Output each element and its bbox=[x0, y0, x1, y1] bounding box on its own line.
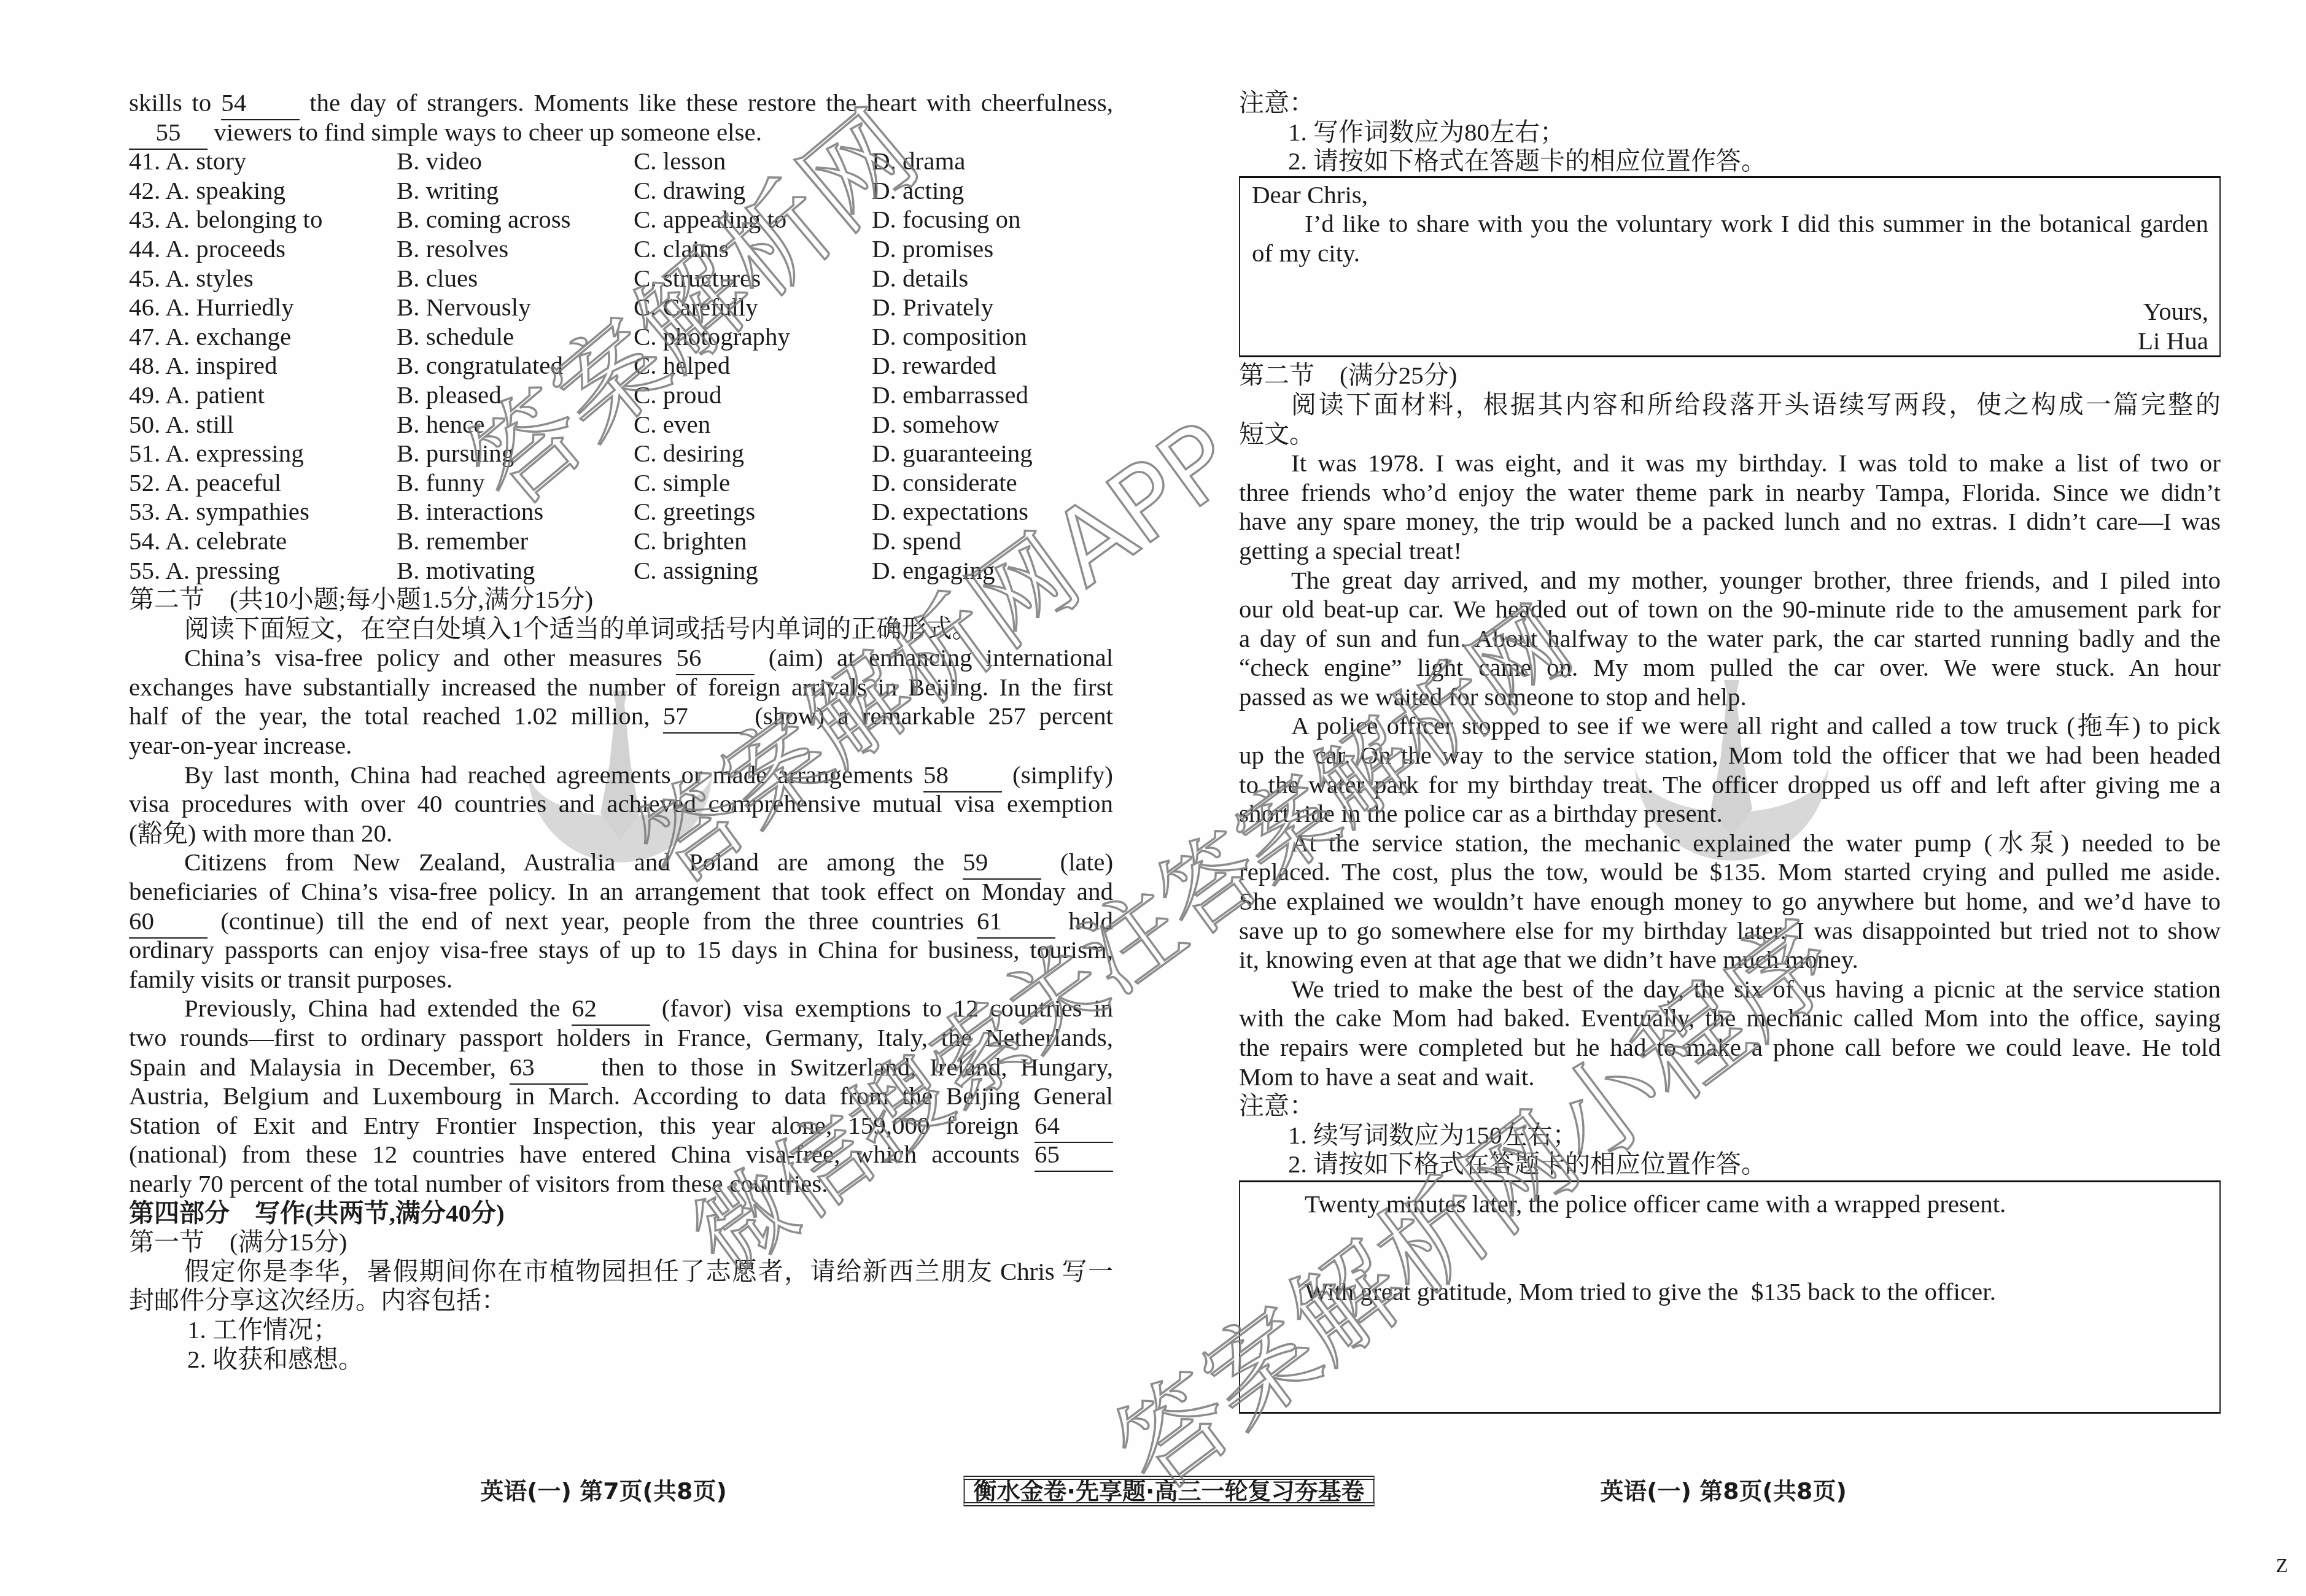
question-number: 43. bbox=[129, 205, 160, 233]
text-line: 55 viewers to find simple ways to cheer … bbox=[129, 118, 1113, 147]
option-c: C. even bbox=[634, 410, 710, 440]
question-number: 51. bbox=[129, 439, 160, 467]
option-c: C. Carefully bbox=[634, 293, 758, 322]
option-b: B. video bbox=[397, 147, 482, 176]
story-line: with the cake Mom had baked. Eventually,… bbox=[1239, 1004, 2221, 1033]
story-line: three friends who’d enjoy the water them… bbox=[1239, 478, 2221, 508]
question-number: 44. bbox=[129, 234, 160, 263]
page-number-right: 英语(一) 第8页(共8页) bbox=[1600, 1476, 1847, 1506]
option-d: D. composition bbox=[872, 322, 1027, 352]
option-a: 42. A. speaking bbox=[129, 176, 285, 206]
answer-blank: 54 bbox=[221, 90, 300, 120]
text-line: year-on-year increase. bbox=[129, 731, 1113, 761]
story-line: it, knowing even at that age that we did… bbox=[1239, 945, 2221, 975]
story-line: up the car. On the way to the service st… bbox=[1239, 741, 2221, 770]
cloze-option-row: 50. A. stillB. henceC. evenD. somehow bbox=[129, 410, 1113, 440]
answer-blank: 63 bbox=[510, 1055, 588, 1085]
story-line: The great day arrived, and my mother, yo… bbox=[1239, 566, 2221, 595]
answer-blank: 57 bbox=[663, 703, 742, 734]
option-d: D. embarrassed bbox=[872, 381, 1028, 410]
text-line: Station of Exit and Entry Frontier Inspe… bbox=[129, 1111, 1113, 1141]
text-line: family visits or transit purposes. bbox=[129, 965, 1113, 994]
option-a: 55. A. pressing bbox=[129, 556, 280, 586]
option-a: 52. A. peaceful bbox=[129, 468, 281, 498]
text-segment: the day of strangers. Moments like these… bbox=[309, 88, 1113, 117]
text-line: beneficiaries of China’s visa-free polic… bbox=[129, 877, 1113, 907]
option-b: B. pursuing bbox=[397, 439, 514, 468]
option-text: A. expressing bbox=[165, 439, 303, 467]
answer-blank: 55 bbox=[129, 120, 208, 150]
story-line: short ride in the police car as a birthd… bbox=[1239, 799, 2221, 829]
option-d: D. guaranteeing bbox=[872, 439, 1033, 468]
text-segment: Station of Exit and Entry Frontier Inspe… bbox=[129, 1111, 1019, 1139]
text-line: Spain and Malaysia in December, 63 then … bbox=[129, 1053, 1113, 1082]
question-number: 52. bbox=[129, 468, 160, 497]
option-a: 43. A. belonging to bbox=[129, 205, 322, 234]
option-d: D. spend bbox=[872, 527, 961, 556]
option-d: D. Privately bbox=[872, 293, 993, 322]
text-line: (national) from these 12 countries have … bbox=[129, 1140, 1113, 1169]
option-b: B. coming across bbox=[397, 205, 571, 234]
blank-line bbox=[1252, 268, 2208, 298]
option-text: A. patient bbox=[165, 381, 265, 409]
option-a: 48. A. inspired bbox=[129, 351, 277, 381]
text-line: By last month, China had reached agreeme… bbox=[129, 761, 1113, 790]
text-line: ordinary passports can enjoy visa-free s… bbox=[129, 936, 1113, 965]
cloze-option-row: 52. A. peacefulB. funnyC. simpleD. consi… bbox=[129, 468, 1113, 498]
question-number: 50. bbox=[129, 410, 160, 438]
answer-blank: 61 bbox=[977, 908, 1055, 939]
text-line: 60 (continue) till the end of next year,… bbox=[129, 907, 1113, 936]
story-line: She explained we wouldn’t have enough mo… bbox=[1239, 887, 2221, 916]
option-d: D. drama bbox=[872, 147, 966, 176]
note-item: 1. 写作词数应为80左右； bbox=[1239, 118, 2221, 147]
answer-blank: 59 bbox=[963, 850, 1041, 880]
story-line: It was 1978. I was eight, and it was my … bbox=[1239, 449, 2221, 478]
text-line: Previously, China had extended the 62 (f… bbox=[129, 994, 1113, 1023]
option-c: C. drawing bbox=[634, 176, 745, 206]
option-b: B. schedule bbox=[397, 322, 514, 352]
paragraph-opener: Twenty minutes later, the police officer… bbox=[1305, 1190, 2208, 1219]
option-a: 44. A. proceeds bbox=[129, 234, 285, 264]
text-segment: Previously, China had extended the bbox=[184, 994, 560, 1022]
cloze-option-row: 55. A. pressingB. motivatingC. assigning… bbox=[129, 556, 1113, 586]
option-text: A. pressing bbox=[165, 556, 280, 584]
text-line: (豁免) with more than 20. bbox=[129, 819, 1113, 848]
answer-template-box: Twenty minutes later, the police officer… bbox=[1239, 1180, 2221, 1414]
option-b: B. resolves bbox=[397, 234, 508, 264]
option-b: B. hence bbox=[397, 410, 484, 440]
answer-blank: 62 bbox=[572, 996, 650, 1026]
section-heading: 第二节 (共10小题;每小题1.5分,满分15分) bbox=[129, 585, 1113, 614]
letter-template-box: Dear Chris, I’d like to share with you t… bbox=[1239, 176, 2221, 358]
text-line: two rounds—first to ordinary passport ho… bbox=[129, 1023, 1113, 1053]
question-number: 55. bbox=[129, 556, 160, 584]
option-text: A. celebrate bbox=[165, 527, 287, 555]
text-segment: (continue) till the end of next year, pe… bbox=[220, 907, 964, 935]
writing-prompt-line: 封邮件分享这次经历。内容包括： bbox=[129, 1286, 1113, 1315]
text-line: nearly 70 percent of the total number of… bbox=[129, 1169, 1113, 1199]
option-c: C. appealing to bbox=[634, 205, 786, 234]
option-c: C. lesson bbox=[634, 147, 726, 176]
notes-label: 注意： bbox=[1239, 88, 2221, 118]
option-b: B. Nervously bbox=[397, 293, 531, 322]
story-line: We tried to make the best of the day, th… bbox=[1239, 975, 2221, 1004]
answer-blank: 58 bbox=[923, 762, 1002, 792]
text-segment: skills to bbox=[129, 88, 211, 117]
question-number: 48. bbox=[129, 351, 160, 379]
part-heading: 第四部分 写作(共两节,满分40分) bbox=[129, 1199, 1113, 1228]
text-segment: half of the year, the total reached 1.02… bbox=[129, 702, 650, 730]
cloze-option-row: 54. A. celebrateB. rememberC. brightenD.… bbox=[129, 527, 1113, 556]
text-segment: (national) from these 12 countries have … bbox=[129, 1140, 1020, 1168]
text-segment: (aim) at enhancing international bbox=[769, 643, 1113, 672]
option-b: B. congratulated bbox=[397, 351, 563, 381]
option-c: C. brighten bbox=[634, 527, 747, 556]
answer-blank: 64 bbox=[1035, 1113, 1113, 1143]
option-b: B. motivating bbox=[397, 556, 535, 586]
question-number: 54. bbox=[129, 527, 160, 555]
option-d: D. expectations bbox=[872, 497, 1028, 527]
option-b: B. remember bbox=[397, 527, 528, 556]
text-segment: (late) bbox=[1060, 848, 1113, 876]
letter-signature: Li Hua bbox=[1252, 327, 2208, 356]
text-line: Citizens from New Zealand, Australia and… bbox=[129, 848, 1113, 877]
text-line: skills to 54 the day of strangers. Momen… bbox=[129, 88, 1113, 118]
option-d: D. acting bbox=[872, 176, 964, 206]
blank-line bbox=[1305, 1219, 2208, 1249]
option-d: D. engaging bbox=[872, 556, 995, 586]
story-line: save up to go somewhere else for my birt… bbox=[1239, 916, 2221, 946]
option-a: 47. A. exchange bbox=[129, 322, 291, 352]
note-item: 2. 请按如下格式在答题卡的相应位置作答。 bbox=[1239, 147, 2221, 176]
letter-salutation: Dear Chris, bbox=[1252, 180, 2208, 210]
text-line: Austria, Belgium and Luxembourg in March… bbox=[129, 1082, 1113, 1111]
option-d: D. rewarded bbox=[872, 351, 996, 381]
option-c: C. simple bbox=[634, 468, 730, 498]
option-text: A. sympathies bbox=[165, 497, 309, 525]
paragraph-opener: With great gratitude, Mom tried to give … bbox=[1305, 1277, 2208, 1307]
text-segment: then to those in Switzerland, Ireland, H… bbox=[601, 1053, 1113, 1081]
question-number: 45. bbox=[129, 264, 160, 292]
cloze-option-row: 53. A. sympathiesB. interactionsC. greet… bbox=[129, 497, 1113, 527]
story-line: A police officer stopped to see if we we… bbox=[1239, 711, 2221, 741]
option-d: D. focusing on bbox=[872, 205, 1021, 234]
option-text: A. speaking bbox=[165, 176, 285, 204]
option-c: C. photography bbox=[634, 322, 790, 352]
corner-mark: Z bbox=[2276, 1555, 2288, 1575]
story-line: passed as we waited for someone to stop … bbox=[1239, 683, 2221, 712]
option-a: 53. A. sympathies bbox=[129, 497, 309, 527]
note-item: 2. 请按如下格式在答题卡的相应位置作答。 bbox=[1239, 1150, 2221, 1179]
section-instruction: 短文。 bbox=[1239, 420, 2221, 449]
option-a: 49. A. patient bbox=[129, 381, 265, 410]
text-line: exchanges have substantially increased t… bbox=[129, 673, 1113, 702]
text-segment: By last month, China had reached agreeme… bbox=[184, 761, 913, 789]
option-d: D. promises bbox=[872, 234, 993, 264]
story-line: our old beat-up car. We headed out of to… bbox=[1239, 595, 2221, 624]
text-segment: hold bbox=[1068, 907, 1113, 935]
option-c: C. structures bbox=[634, 264, 761, 293]
option-d: D. details bbox=[872, 264, 968, 293]
cloze-option-row: 45. A. stylesB. cluesC. structuresD. det… bbox=[129, 264, 1113, 293]
option-a: 54. A. celebrate bbox=[129, 527, 287, 556]
answer-blank: 65 bbox=[1035, 1142, 1113, 1172]
option-a: 50. A. still bbox=[129, 410, 234, 440]
story-line: At the service station, the mechanic exp… bbox=[1239, 829, 2221, 858]
blank-line bbox=[1305, 1248, 2208, 1277]
story-line: to the water park for my birthday treat.… bbox=[1239, 770, 2221, 800]
letter-body-line: of my city. bbox=[1252, 239, 2208, 268]
option-d: D. somehow bbox=[872, 410, 999, 440]
cloze-option-row: 47. A. exchangeB. scheduleC. photography… bbox=[129, 322, 1113, 352]
option-text: A. belonging to bbox=[165, 205, 322, 233]
story-line: “check engine” light came on. My mom pul… bbox=[1239, 653, 2221, 683]
question-number: 42. bbox=[129, 176, 160, 204]
page-number-left: 英语(一) 第7页(共8页) bbox=[480, 1476, 727, 1506]
left-page: skills to 54 the day of strangers. Momen… bbox=[129, 88, 1113, 1374]
question-number: 47. bbox=[129, 322, 160, 351]
text-segment: viewers to find simple ways to cheer up … bbox=[214, 118, 762, 146]
option-text: A. exchange bbox=[165, 322, 291, 351]
letter-closing: Yours, bbox=[1252, 297, 2208, 327]
option-d: D. considerate bbox=[872, 468, 1017, 498]
cloze-option-row: 41. A. storyB. videoC. lessonD. drama bbox=[129, 147, 1113, 176]
text-segment: (simplify) bbox=[1012, 761, 1113, 789]
text-segment: (show) a remarkable 257 percent bbox=[755, 702, 1113, 730]
option-b: B. funny bbox=[397, 468, 485, 498]
cloze-option-row: 46. A. HurriedlyB. NervouslyC. Carefully… bbox=[129, 293, 1113, 322]
story-line: have any spare money, the trip would be … bbox=[1239, 507, 2221, 537]
option-a: 51. A. expressing bbox=[129, 439, 304, 468]
letter-body-line: I’d like to share with you the voluntary… bbox=[1252, 209, 2208, 239]
section-instruction: 阅读下面材料，根据其内容和所给段落开头语续写两段，使之构成一篇完整的 bbox=[1239, 390, 2221, 420]
option-b: B. clues bbox=[397, 264, 478, 293]
text-segment: (favor) visa exemptions to 12 countries … bbox=[662, 994, 1113, 1022]
cloze-option-row: 48. A. inspiredB. congratulatedC. helped… bbox=[129, 351, 1113, 381]
question-number: 41. bbox=[129, 147, 160, 175]
section-heading: 第二节 (满分25分) bbox=[1239, 361, 2221, 390]
text-line: visa procedures with over 40 countries a… bbox=[129, 789, 1113, 819]
right-page: 注意： 1. 写作词数应为80左右； 2. 请按如下格式在答题卡的相应位置作答。… bbox=[1239, 88, 2221, 1414]
option-c: C. desiring bbox=[634, 439, 744, 468]
option-c: C. claims bbox=[634, 234, 729, 264]
cloze-option-row: 42. A. speakingB. writingC. drawingD. ac… bbox=[129, 176, 1113, 206]
question-number: 53. bbox=[129, 497, 160, 525]
option-b: B. interactions bbox=[397, 497, 543, 527]
story-line: getting a special treat! bbox=[1239, 537, 2221, 566]
question-number: 46. bbox=[129, 293, 160, 321]
option-text: A. proceeds bbox=[165, 234, 285, 263]
section-instruction: 阅读下面短文，在空白处填入1个适当的单词或括号内单词的正确形式。 bbox=[129, 614, 1113, 644]
writing-point: 1. 工作情况； bbox=[129, 1315, 1113, 1345]
option-c: C. proud bbox=[634, 381, 722, 410]
story-line: replaced. The cost, plus the tow, would … bbox=[1239, 858, 2221, 887]
writing-point: 2. 收获和感想。 bbox=[129, 1345, 1113, 1374]
option-a: 45. A. styles bbox=[129, 264, 254, 293]
series-title-badge: 衡水金卷·先享题·高三一轮复习夯基卷 bbox=[964, 1476, 1375, 1506]
story-line: the repairs were completed but he had to… bbox=[1239, 1033, 2221, 1063]
cloze-option-row: 44. A. proceedsB. resolvesC. claimsD. pr… bbox=[129, 234, 1113, 264]
option-text: A. styles bbox=[165, 264, 254, 292]
option-c: C. assigning bbox=[634, 556, 758, 586]
answer-blank: 60 bbox=[129, 908, 208, 939]
cloze-option-row: 51. A. expressingB. pursuingC. desiringD… bbox=[129, 439, 1113, 468]
story-line: Mom to have a seat and wait. bbox=[1239, 1063, 2221, 1092]
answer-blank: 56 bbox=[676, 645, 755, 675]
text-segment: Citizens from New Zealand, Australia and… bbox=[184, 848, 944, 876]
option-text: A. inspired bbox=[165, 351, 277, 379]
option-text: A. Hurriedly bbox=[165, 293, 294, 321]
section-heading: 第一节 (满分15分) bbox=[129, 1228, 1113, 1257]
cloze-option-row: 49. A. patientB. pleasedC. proudD. embar… bbox=[129, 381, 1113, 410]
text-segment: China’s visa-free policy and other measu… bbox=[184, 643, 662, 672]
cloze-option-row: 43. A. belonging toB. coming acrossC. ap… bbox=[129, 205, 1113, 234]
writing-prompt-line: 假定你是李华，暑假期间你在市植物园担任了志愿者，请给新西兰朋友 Chris 写一 bbox=[129, 1257, 1113, 1287]
option-c: C. helped bbox=[634, 351, 730, 381]
option-b: B. pleased bbox=[397, 381, 502, 410]
story-line: a day of sun and fun. About halfway to t… bbox=[1239, 624, 2221, 654]
text-line: China’s visa-free policy and other measu… bbox=[129, 643, 1113, 673]
text-segment: Spain and Malaysia in December, bbox=[129, 1053, 496, 1081]
option-a: 41. A. story bbox=[129, 147, 246, 176]
option-text: A. peaceful bbox=[165, 468, 281, 497]
option-b: B. writing bbox=[397, 176, 499, 206]
question-number: 49. bbox=[129, 381, 160, 409]
option-a: 46. A. Hurriedly bbox=[129, 293, 294, 322]
notes-label: 注意： bbox=[1239, 1091, 2221, 1121]
note-item: 1. 续写词数应为150左右； bbox=[1239, 1121, 2221, 1150]
option-text: A. still bbox=[165, 410, 234, 438]
option-text: A. story bbox=[165, 147, 246, 175]
option-c: C. greetings bbox=[634, 497, 755, 527]
text-line: half of the year, the total reached 1.02… bbox=[129, 702, 1113, 731]
